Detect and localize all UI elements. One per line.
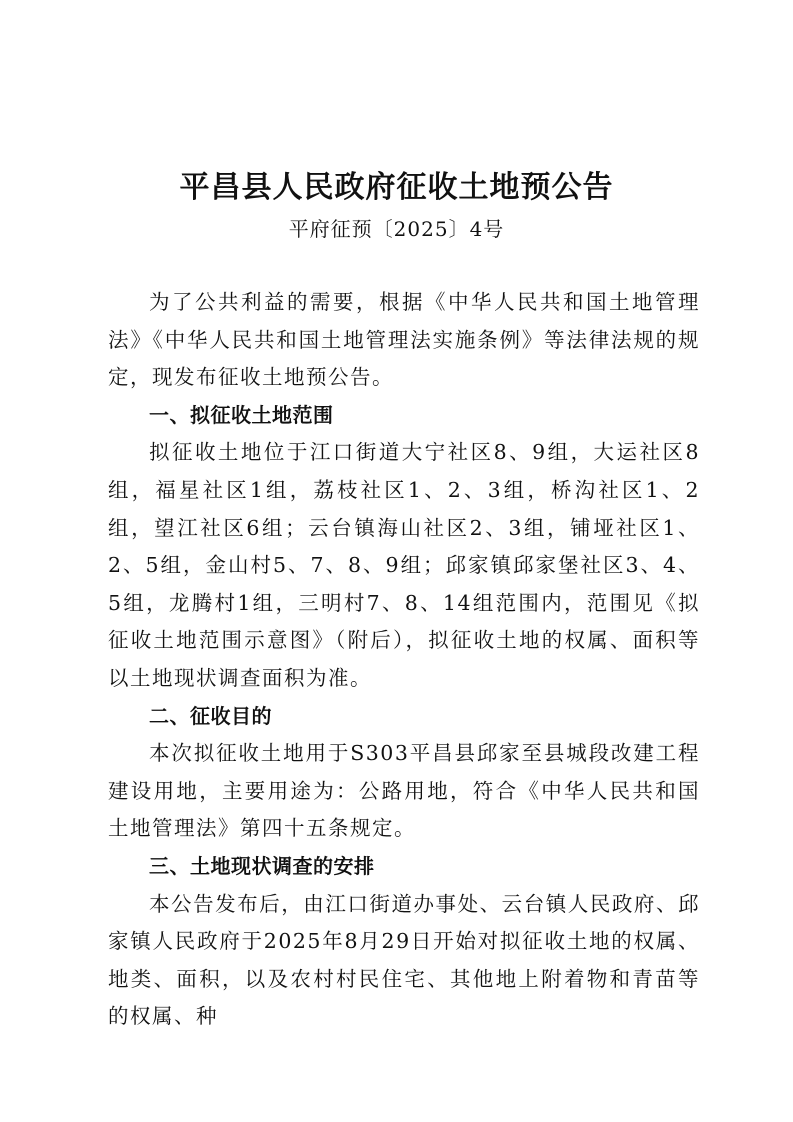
section-text-purpose: 本次拟征收土地用于S303平昌县邱家至县城段改建工程建设用地，主要用途为：公路用… bbox=[108, 735, 700, 848]
document-body: 为了公共利益的需要，根据《中华人民共和国土地管理法》《中华人民共和国土地管理法实… bbox=[108, 284, 700, 1036]
section-heading-purpose: 二、征收目的 bbox=[108, 698, 700, 736]
document-number: 平府征预〔2025〕4号 bbox=[0, 214, 793, 244]
intro-paragraph: 为了公共利益的需要，根据《中华人民共和国土地管理法》《中华人民共和国土地管理法实… bbox=[108, 284, 700, 397]
section-text-survey: 本公告发布后，由江口街道办事处、云台镇人民政府、邱家镇人民政府于2025年8月2… bbox=[108, 886, 700, 1036]
section-heading-survey: 三、土地现状调查的安排 bbox=[108, 848, 700, 886]
document-title: 平昌县人民政府征收土地预公告 bbox=[0, 166, 793, 210]
document-page: 平昌县人民政府征收土地预公告 平府征预〔2025〕4号 为了公共利益的需要，根据… bbox=[0, 0, 793, 1122]
section-text-scope: 拟征收土地位于江口街道大宁社区8、9组，大运社区8组，福星社区1组，荔枝社区1、… bbox=[108, 434, 700, 697]
section-heading-scope: 一、拟征收土地范围 bbox=[108, 397, 700, 435]
